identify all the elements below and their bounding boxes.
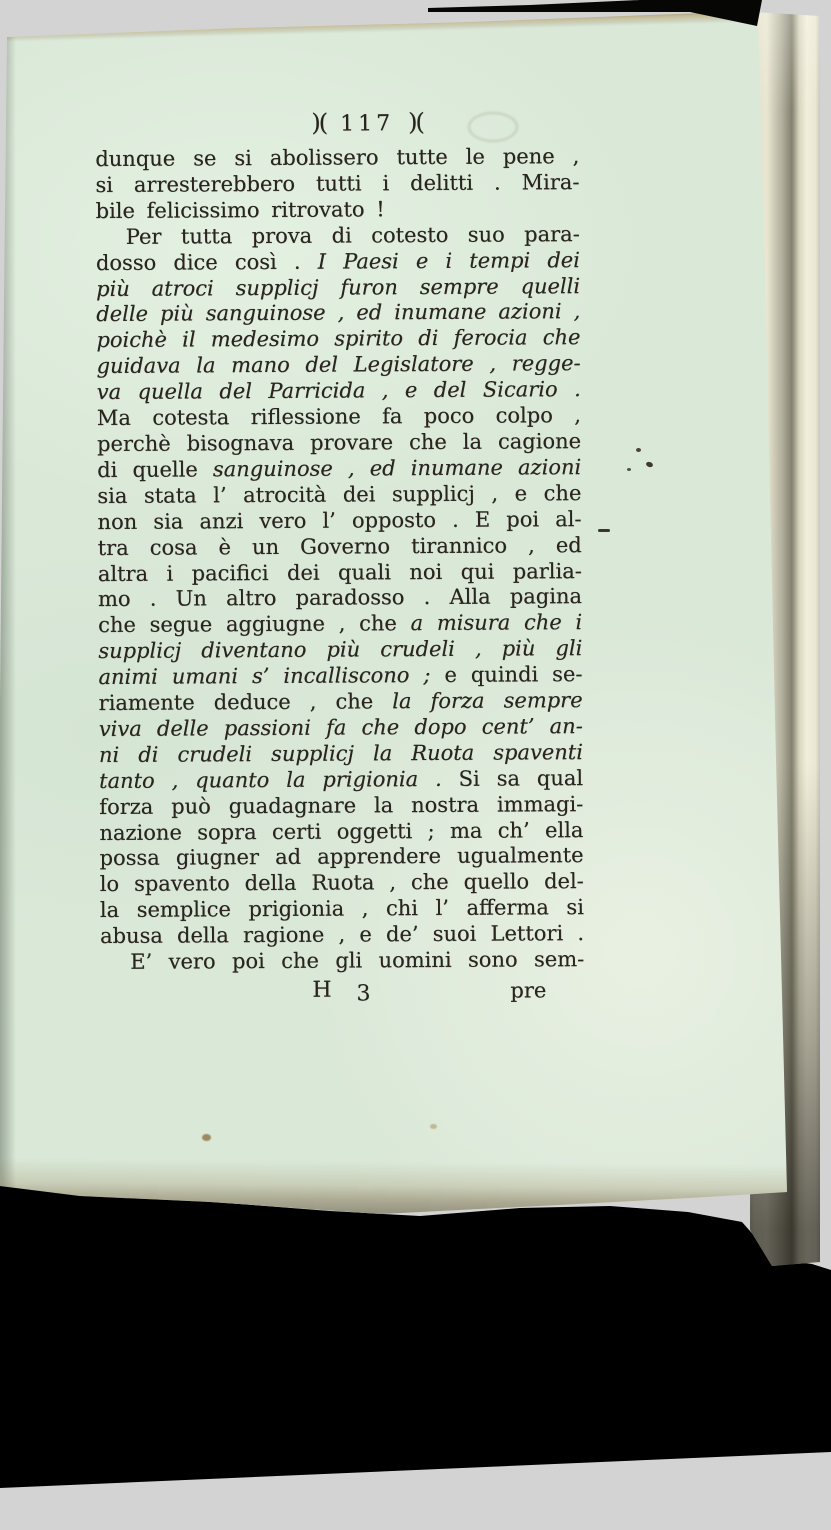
text-segment: I Paesi e i tempi dei [318,248,580,274]
text-segment: E’ vero poi che gli uomini sono sem- [130,947,584,974]
text-line: nazione sopra certi oggetti ; ma ch’ ell… [99,818,583,847]
text-line: possa giugner ad apprendere ugualmente [99,843,583,872]
text-segment: più atroci supplicj furon sempre quelli [96,274,580,301]
text-segment: Per tutta prova di cotesto suo para- [126,222,580,249]
text-line: tanto , quanto la prigionia . Si sa qual [99,766,583,795]
text-line: forza può guadagnare la nostra immagi- [99,792,583,821]
text-line: riamente deduce , che la forza sempre [99,688,583,717]
text-segment: Ma cotesta riflessione fa poco colpo , [97,403,581,430]
text-line: guidava la mano del Legislatore , regge- [96,351,580,380]
header-ornament-right: )( [408,108,423,136]
text-line: tra cosa è un Governo tirannico , ed [98,533,582,562]
page-header: )(117)( [125,108,609,137]
text-segment: viva delle passioni fa che dopo cent’ an… [99,714,583,741]
text-line: altra i pacifici dei quali noi qui parli… [98,559,582,588]
catchword: pre [510,978,546,1002]
text-line: non sia anzi vero l’ opposto . E poi al- [97,507,581,536]
text-segment: altra i pacifici dei quali noi qui parli… [98,559,582,586]
text-line: che segue aggiugne , che a misura che i [98,610,582,639]
text-line: dosso dice così . I Paesi e i tempi dei [96,248,580,277]
text-line: delle più sanguinose , ed inumane azioni… [96,299,580,328]
text-line: ni di crudeli supplicj la Ruota spaventi [99,740,583,769]
text-segment: tra cosa è un Governo tirannico , ed [98,533,582,560]
text-segment: guidava la mano del Legislatore , regge- [96,351,580,378]
text-segment: perchè bisognava provare che la cagione [97,429,581,456]
ink-mark-dash [598,529,610,532]
text-line: va quella del Parricida , e del Sicario … [97,377,581,406]
ink-speck [645,461,653,468]
text-line: dunque se si abolissero tutte le pene , [95,144,579,173]
text-line: supplicj diventano più crudeli , più gli [98,636,582,665]
ink-speck [636,448,641,452]
text-segment: a misura che i [410,610,582,635]
text-segment: forza può guadagnare la nostra immagi- [99,792,583,819]
text-segment: lo spavento della Ruota , che quello del… [100,869,584,896]
page-footer: H 3 pre [100,976,584,1009]
text-line: di quelle sanguinose , ed inumane azioni [97,455,581,484]
text-segment: la forza sempre [392,688,583,713]
text-line: E’ vero poi che gli uomini sono sem- [100,947,584,976]
text-segment: sia stata l’ atrocità dei supplicj , e c… [97,481,581,508]
text-segment: si arresterebbero tutti i delitti . Mira… [95,170,579,197]
text-segment: abusa della ragione , e de’ suoi Lettori… [100,921,584,948]
ink-speck [627,468,631,471]
text-line: bile felicissimo ritrovato ! [96,196,580,225]
text-line: Ma cotesta riflessione fa poco colpo , [97,403,581,432]
text-line: poichè il medesimo spirito di ferocia ch… [96,325,580,354]
text-segment: Si sa qual [459,766,584,791]
text-line: sia stata l’ atrocità dei supplicj , e c… [97,481,581,510]
text-segment: bile felicissimo ritrovato ! [96,197,385,223]
text-segment: possa giugner ad apprendere ugualmente [99,843,583,870]
text-segment: delle più sanguinose , ed inumane azioni… [96,299,580,326]
text-line: lo spavento della Ruota , che quello del… [100,869,584,898]
text-segment: non sia anzi vero l’ opposto . E poi al- [97,507,581,534]
foxing-spot [430,1124,437,1129]
text-line: Per tutta prova di cotesto suo para- [96,222,580,251]
text-line: viva delle passioni fa che dopo cent’ an… [99,714,583,743]
text-line: abusa della ragione , e de’ suoi Lettori… [100,921,584,950]
text-segment: animi umani s’ incalliscono ; [98,663,444,689]
text-segment: mo . Un altro paradosso . Alla pagina [98,584,582,611]
text-line: si arresterebbero tutti i delitti . Mira… [95,170,579,199]
text-line: più atroci supplicj furon sempre quelli [96,274,580,303]
text-segment: che segue aggiugne , che [98,611,411,637]
text-block: dunque se si abolissero tutte le pene ,s… [95,144,584,976]
text-segment: e quindi se- [444,662,582,687]
text-segment: dosso dice così . [96,249,318,274]
text-line: animi umani s’ incalliscono ; e quindi s… [98,662,582,691]
text-segment: tanto , quanto la prigionia . [99,767,459,793]
scanned-book-page-scene: )(117)( dunque se si abolissero tutte le… [0,0,831,1530]
text-segment: ni di crudeli supplicj la Ruota spaventi [99,740,583,767]
text-segment: dunque se si abolissero tutte le pene , [95,144,579,171]
text-segment: riamente deduce , che [99,689,393,715]
page-number: 117 [326,111,408,137]
signature-mark-number: 3 [356,981,370,1006]
text-segment: va quella del Parricida , e del Sicario … [97,377,581,404]
text-segment: la semplice prigionia , chi l’ afferma s… [100,895,584,922]
text-segment: nazione sopra certi oggetti ; ma ch’ ell… [99,818,583,845]
text-segment: supplicj diventano più crudeli , più gli [98,636,582,663]
text-segment: di quelle [97,457,213,482]
text-segment: poichè il medesimo spirito di ferocia ch… [96,325,580,352]
text-line: mo . Un altro paradosso . Alla pagina [98,584,582,613]
foxing-spot [202,1134,211,1141]
text-line: perchè bisognava provare che la cagione [97,429,581,458]
text-segment: sanguinose , ed inumane azioni [213,455,581,481]
header-ornament-left: )( [311,109,326,137]
text-line: la semplice prigionia , chi l’ afferma s… [100,895,584,924]
printed-text-layer: )(117)( dunque se si abolissero tutte le… [95,108,584,1009]
signature-mark-letter: H [312,978,331,1003]
